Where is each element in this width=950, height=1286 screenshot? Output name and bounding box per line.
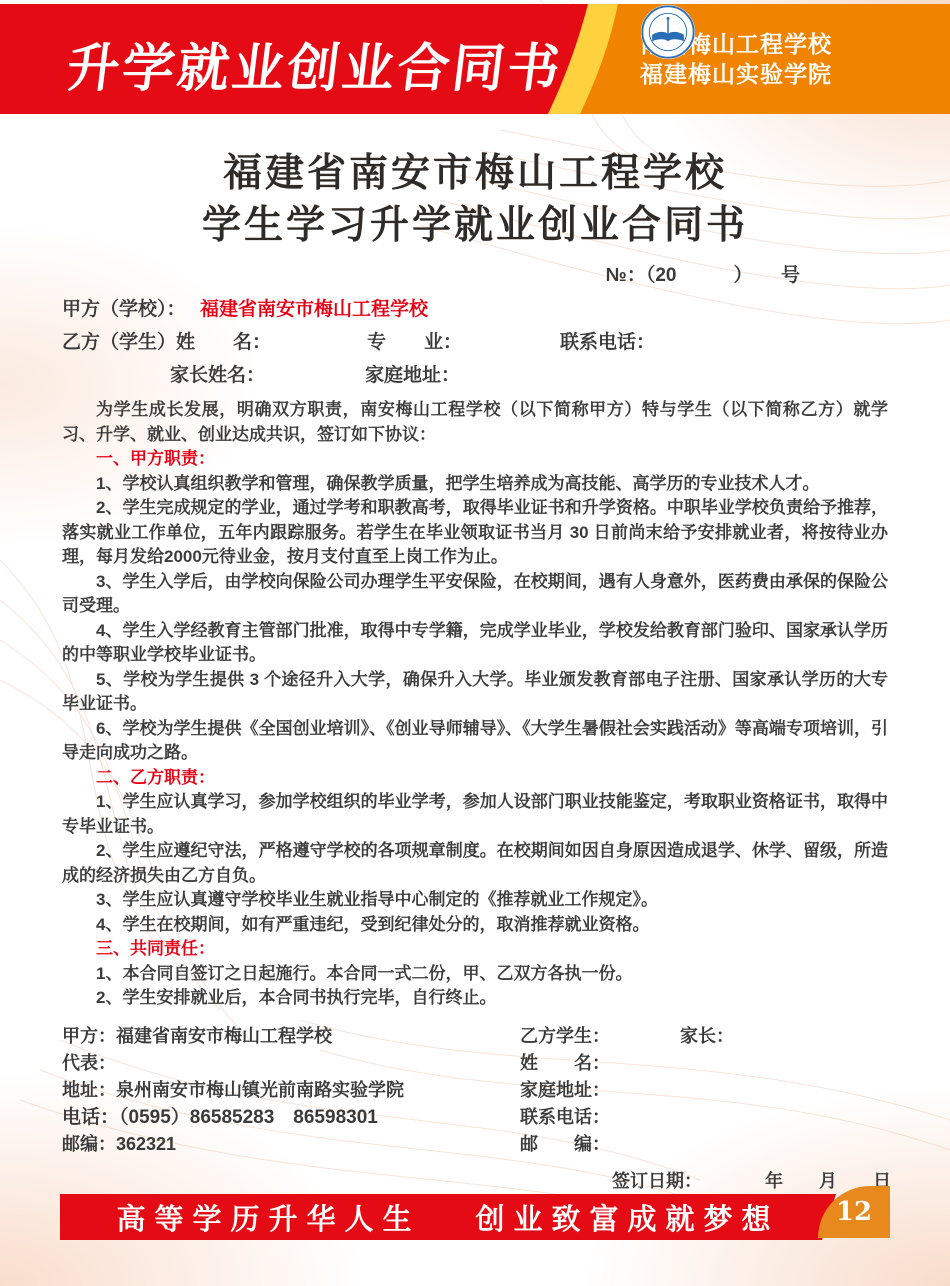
page-number-badge: 12 <box>818 1186 890 1238</box>
footer-banner: 高等学历升华人生 创业致富成就梦想 12 <box>0 1192 950 1252</box>
party-a-postcode: 邮编：362321 <box>62 1131 404 1158</box>
serial-number: №：（20 ） 号 <box>62 260 888 287</box>
document-title-line1: 福建省南安市梅山工程学校 <box>62 148 888 200</box>
parent-name-label: 家长姓名： <box>170 359 265 392</box>
signing-date-line: 签订日期： 年 月 日 <box>62 1167 888 1193</box>
party-a-label: 甲方（学校）： <box>62 293 186 326</box>
section-1-heading: 一、甲方职责： <box>62 447 888 472</box>
contact-label: 联系电话： <box>560 326 655 359</box>
home-address-label: 家庭地址： <box>365 359 460 392</box>
banner-title: 升学就业创业合同书 <box>63 26 567 101</box>
party-a-signature-column: 甲方：福建省南安市梅山工程学校 代表： 地址：泉州南安市梅山镇光前南路实验学院 … <box>62 1023 404 1158</box>
section-1-item-3: 3、学生入学后，由学校向保险公司办理学生平安保险，在校期间，遇有人身意外，医药费… <box>62 570 888 619</box>
school-name-line2: 福建梅山实验学院 <box>640 59 832 89</box>
section-1-item-6: 6、学校为学生提供《全国创业培训》、《创业导师辅导》、《大学生暑假社会实践活动》… <box>62 717 888 766</box>
contract-content: 福建省南安市梅山工程学校 学生学习升学就业创业合同书 №：（20 ） 号 甲方（… <box>0 148 950 1193</box>
party-b-name-label: 乙方（学生）姓 名： <box>62 326 271 359</box>
section-2-item-2: 2、学生应遵纪守法，严格遵守学校的各项规章制度。在校期间如因自身原因造成退学、休… <box>62 839 888 888</box>
section-3-heading: 三、共同责任： <box>62 937 888 962</box>
signature-block: 甲方：福建省南安市梅山工程学校 代表： 地址：泉州南安市梅山镇光前南路实验学院 … <box>62 1023 888 1161</box>
party-a-address: 地址：泉州南安市梅山镇光前南路实验学院 <box>62 1077 404 1104</box>
school-emblem-icon <box>640 4 696 60</box>
party-a-name: 福建省南安市梅山工程学校 <box>200 293 428 326</box>
party-a-sig-name: 甲方：福建省南安市梅山工程学校 <box>62 1023 404 1050</box>
party-b-phone-blank: 联系电话： <box>520 1104 610 1131</box>
section-2-heading: 二、乙方职责： <box>62 766 888 791</box>
party-b-student-label: 乙方学生： <box>520 1026 610 1046</box>
document-title: 福建省南安市梅山工程学校 学生学习升学就业创业合同书 <box>62 148 888 252</box>
section-2-item-3: 3、学生应认真遵守学校毕业生就业指导中心制定的《推荐就业工作规定》。 <box>62 888 888 913</box>
parent-line: 家长姓名： 家庭地址： <box>62 359 888 392</box>
footer-slogan: 高等学历升华人生 创业致富成就梦想 <box>116 1197 779 1238</box>
top-banner: 升学就业创业合同书 南安梅山工程学校 福建梅山实验学院 <box>0 4 950 114</box>
section-1-item-2: 2、学生完成规定的学业，通过学考和职教高考，取得毕业证书和升学资格。中职毕业学校… <box>62 496 888 570</box>
footer-slogan-bar: 高等学历升华人生 创业致富成就梦想 <box>60 1194 836 1240</box>
section-2-item-4: 4、学生在校期间，如有严重违纪，受到纪律处分的，取消推荐就业资格。 <box>62 913 888 938</box>
party-b-address-blank: 家庭地址： <box>520 1077 610 1104</box>
party-a-phone: 电话：（0595）86585283 86598301 <box>62 1104 404 1131</box>
section-1-item-4: 4、学生入学经教育主管部门批准，取得中专学籍，完成学业毕业，学校发给教育部门验印… <box>62 619 888 668</box>
party-b-sig-line1: 乙方学生： 家长： <box>520 1023 610 1050</box>
section-2-item-1: 1、学生应认真学习，参加学校组织的毕业学考，参加人设部门职业技能鉴定，考取职业资… <box>62 790 888 839</box>
contract-body: 为学生成长发展，明确双方职责，南安梅山工程学校（以下简称甲方）特与学生（以下简称… <box>62 398 888 1011</box>
party-b-postcode-blank: 邮 编： <box>520 1131 610 1158</box>
party-b-signature-column: 乙方学生： 家长： 姓 名： 家庭地址： 联系电话： 邮 编： <box>520 1023 610 1158</box>
section-3-item-2: 2、学生安排就业后，本合同书执行完毕，自行终止。 <box>62 986 888 1011</box>
major-label: 专 业： <box>367 326 462 359</box>
party-b-parent-label: 家长： <box>680 1023 734 1050</box>
page-number: 12 <box>836 1197 872 1227</box>
section-1-item-1: 1、学校认真组织教学和管理，确保教学质量，把学生培养成为高技能、高学历的专业技术… <box>62 472 888 497</box>
section-3-item-1: 1、本合同自签订之日起施行。本合同一式二份，甲、乙双方各执一份。 <box>62 962 888 987</box>
section-1-item-5: 5、学校为学生提供 3 个途径升入大学，确保升入大学。毕业颁发教育部电子注册、国… <box>62 668 888 717</box>
contract-page: 升学就业创业合同书 南安梅山工程学校 福建梅山实验学院 福建省南安市梅山工程学校… <box>0 0 950 1286</box>
intro-paragraph: 为学生成长发展，明确双方职责，南安梅山工程学校（以下简称甲方）特与学生（以下简称… <box>62 398 888 447</box>
document-title-line2: 学生学习升学就业创业合同书 <box>62 200 888 252</box>
banner-school-block: 南安梅山工程学校 福建梅山实验学院 <box>640 4 950 114</box>
party-b-name-blank: 姓 名： <box>520 1050 610 1077</box>
party-b-line: 乙方（学生）姓 名： 专 业： 联系电话： <box>62 326 888 359</box>
party-a-representative: 代表： <box>62 1050 404 1077</box>
party-a-line: 甲方（学校）： 福建省南安市梅山工程学校 <box>62 293 888 326</box>
